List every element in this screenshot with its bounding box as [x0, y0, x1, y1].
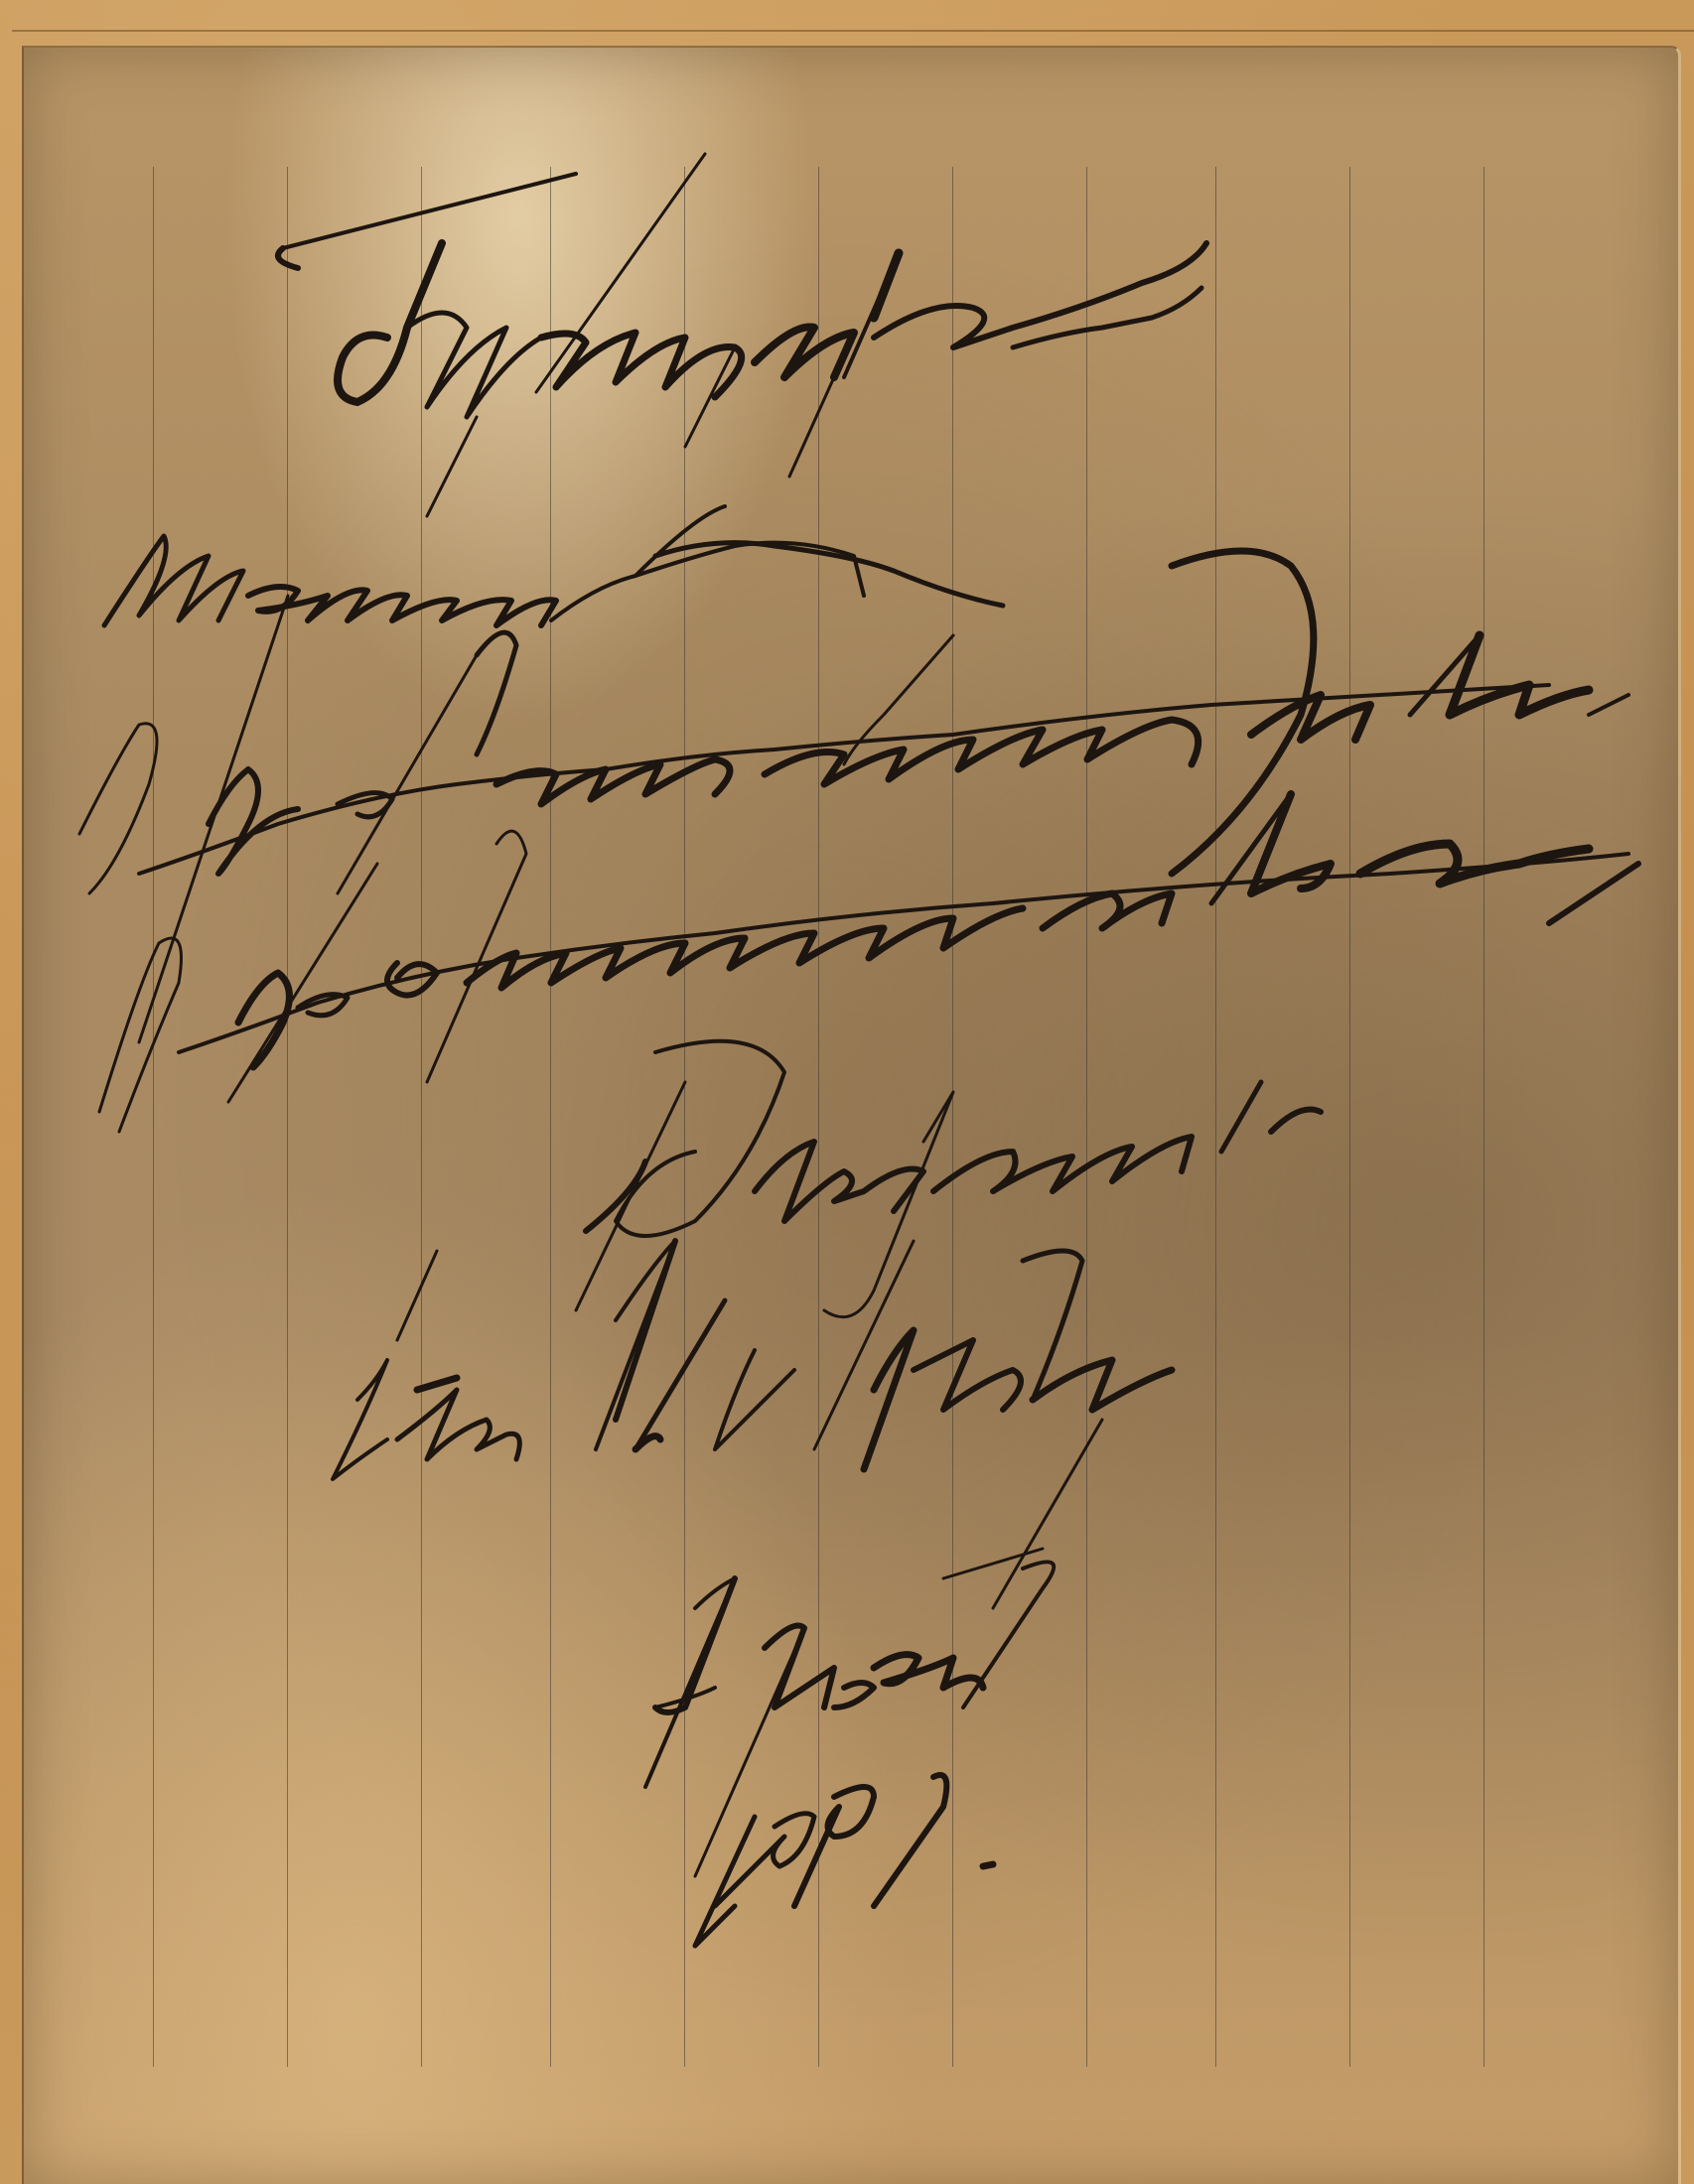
handwriting-ink — [0, 0, 1694, 2184]
handwriting-line-5 — [576, 1041, 1321, 1317]
handwriting-line-4 — [99, 794, 1638, 1132]
handwriting-line-8 — [695, 1775, 993, 1946]
handwriting-line-1 — [278, 154, 1206, 516]
handwriting-line-2 — [104, 506, 1314, 874]
handwriting-line-6 — [333, 1241, 1172, 1608]
handwriting-line-7 — [645, 1549, 1054, 1876]
handwriting-line-3 — [79, 596, 1628, 1042]
